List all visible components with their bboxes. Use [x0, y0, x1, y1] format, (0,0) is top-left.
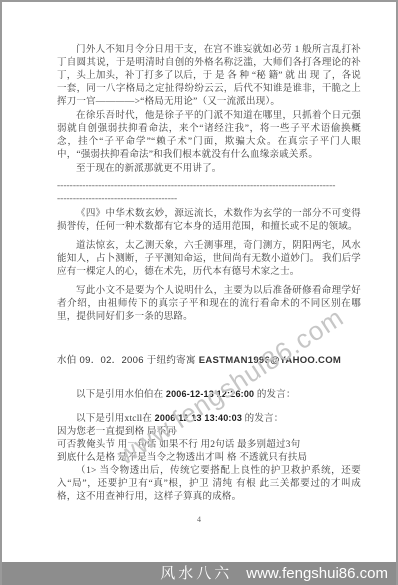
paragraph-2: 在徐乐吾时代，他是徐子平的门派不知道在哪里，只抓着个日元强弱就自创强弱扶抑看命法… — [57, 110, 361, 162]
signature-author-date: 水伯 09．02．2006 于纽约寄寓 — [57, 355, 199, 366]
quote2-timestamp: 2006 12 13 13:40:03 — [155, 413, 242, 423]
paragraph-1: 门外人不知月令分日用干支，在宫不谁妄就如必劳 1 般所言乱打补丁自圆其说，于是明… — [57, 44, 361, 109]
paragraph-4: 《四》中华术数玄妙，源远流长，术数作为玄学的一部分不可变得损誉传，任何一种术数都… — [57, 208, 361, 234]
footer-brand: 风水八六 — [160, 565, 232, 582]
paragraph-7: （1> 当令物透出后，传统它要搭配上良性的护卫救护系统，还要入“局”，还要护卫有… — [57, 465, 361, 504]
paragraph-3: 至于现在的新派那就更不用讲了。 — [57, 163, 361, 176]
scanned-document-page: 门外人不知月令分日用干支，在宫不谁妄就如必劳 1 般所言乱打补丁自圆其说，于是明… — [0, 0, 398, 585]
paragraph-6: 写此小文不是要为个人说明什么，主要为以后准备研修看命理学好者介绍，由祖师传下的真… — [57, 285, 361, 324]
signature-email: EASTMAN1996@YAHOO.COM — [199, 355, 341, 366]
page-number: 4 — [2, 515, 396, 524]
signature-line: 水伯 09．02．2006 于纽约寄寓 EASTMAN1996@YAHOO.CO… — [57, 354, 361, 367]
quote1-prefix: 以下是引用水伯伯在 — [76, 390, 166, 400]
dashed-separator-line-1: ----------------------------------------… — [57, 180, 361, 193]
quote-line: 因为您老一直提到格 局不同 — [57, 426, 361, 439]
quote1-suffix: 的发言： — [254, 390, 295, 400]
quote-line: 到底什么是格 是不是当令之物透出才叫 格 不透就只有扶局 — [57, 452, 361, 465]
quote2-suffix: 的发言： — [242, 414, 283, 424]
site-footer-bar: 风水八六www.fengshui86.com — [0, 562, 398, 585]
footer-url: www.fengshui86.com — [246, 565, 388, 582]
quote2-prefix: 以下是引用xtcll在 — [76, 414, 155, 424]
quote-reference-2: 以下是引用xtcll在 2006 12 13 13:40:03 的发言： — [57, 412, 361, 426]
dashed-separator-line-2: -------------------------------------- — [57, 193, 361, 206]
quote-block-2: 以下是引用xtcll在 2006 12 13 13:40:03 的发言： 因为您… — [57, 412, 361, 465]
quote1-timestamp: 2006-12-13 12:26:00 — [166, 389, 254, 399]
paragraph-5: 道法惊玄，太乙测天象，六壬测事理，奇门测方，阴阳两宅，风水能知人，占卜测断，子平… — [57, 240, 361, 279]
quote-line: 可否教俺头节 用一句话 如果不行 用2句话 最多别超过3句 — [57, 439, 361, 452]
quote-reference-1: 以下是引用水伯伯在 2006-12-13 12:26:00 的发言： — [57, 388, 361, 402]
